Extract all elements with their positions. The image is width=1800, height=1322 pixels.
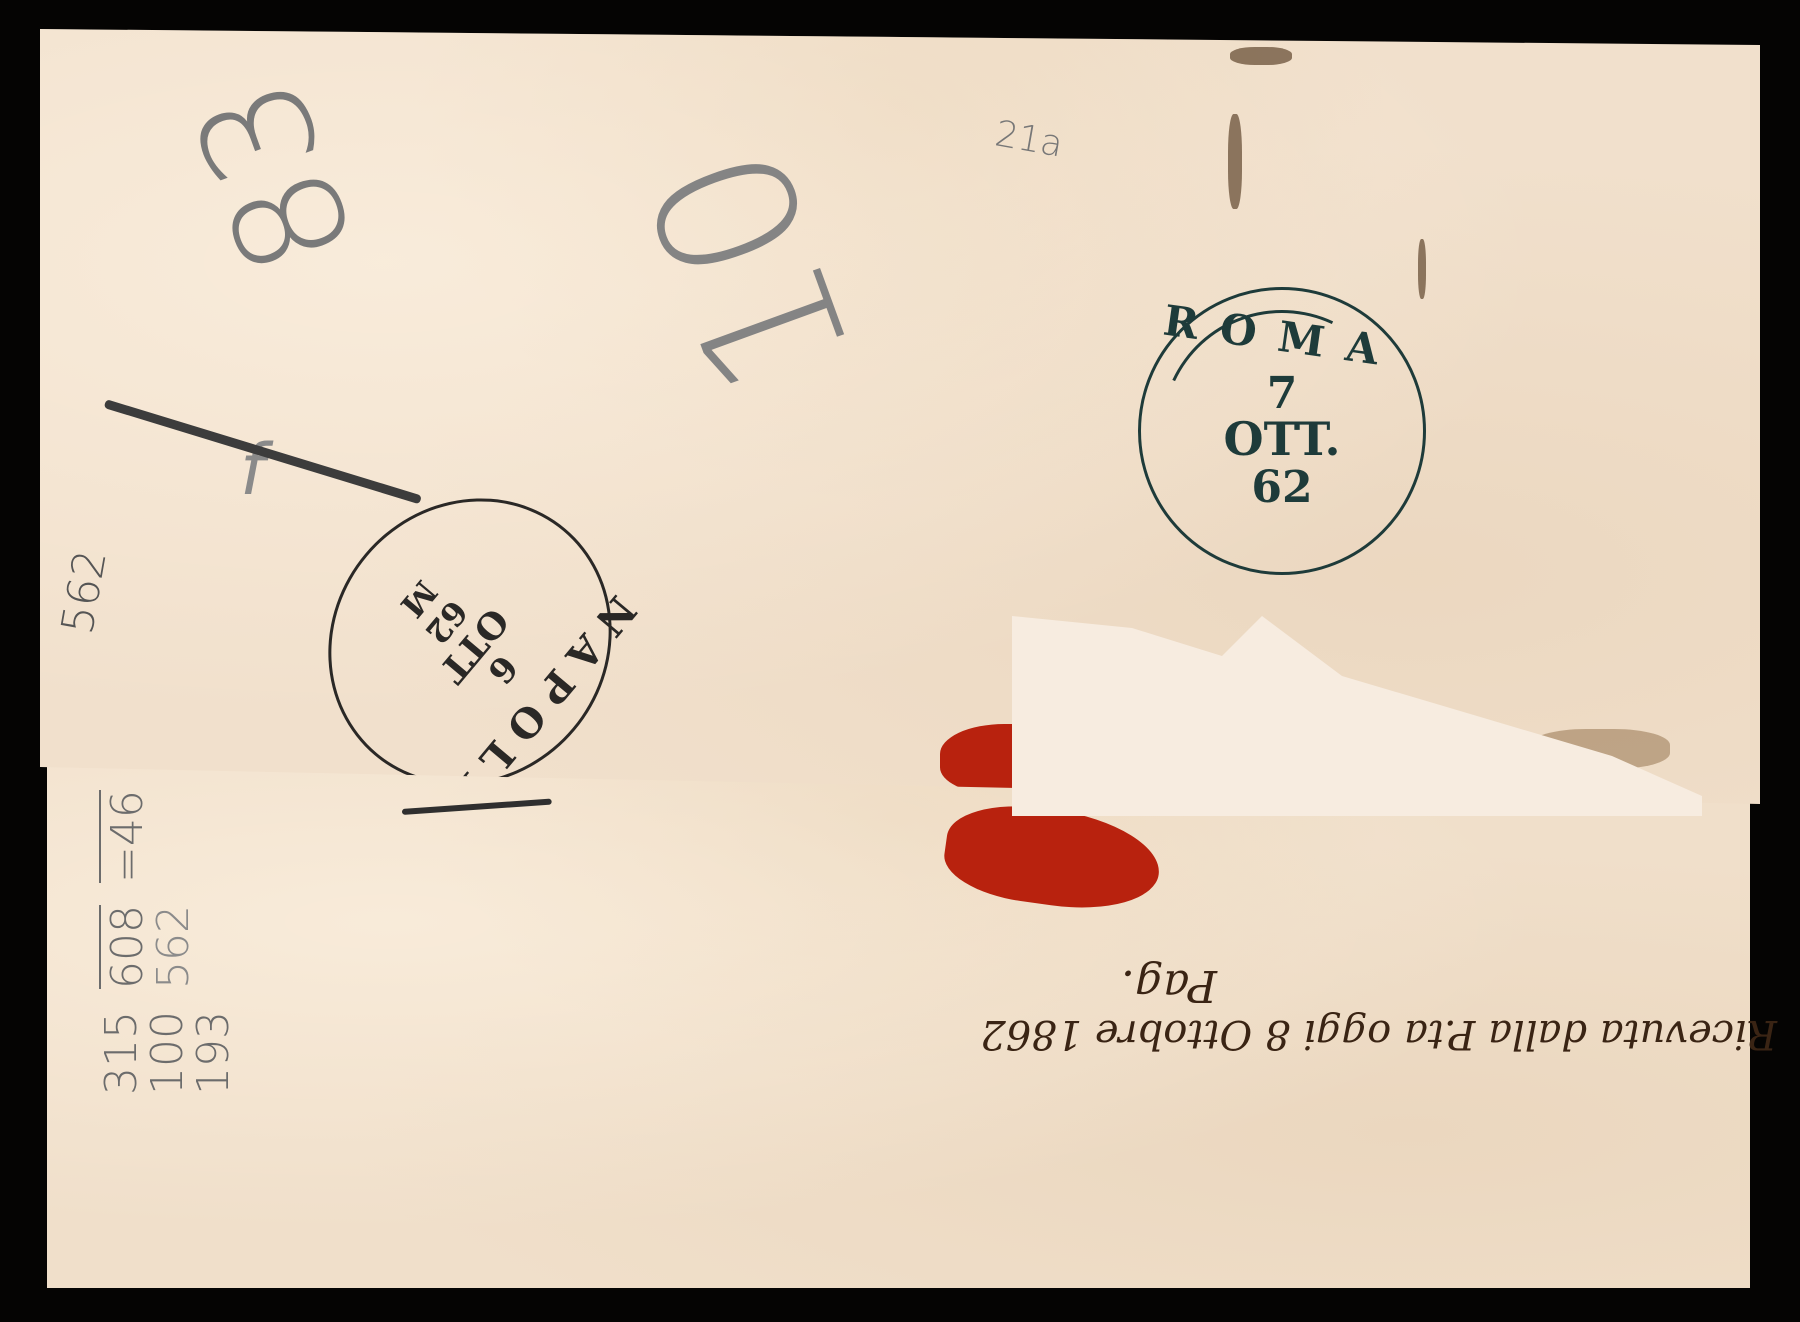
arith-value: 562 — [151, 905, 197, 989]
pencil-rate-83: 83 — [161, 57, 390, 296]
roma-year: 62 — [1141, 462, 1423, 513]
ink-stroke-2 — [1418, 239, 1426, 299]
arith-value: 315 — [99, 1011, 145, 1095]
arithmetic-column-2: 608 562 — [99, 905, 197, 989]
pencil-margin-562: 562 — [52, 546, 117, 638]
pencil-rate-10: 10 — [606, 118, 896, 421]
arith-value: 193 — [191, 1011, 237, 1095]
pencil-arithmetic: 315 100 193 608 562 =46 — [99, 790, 237, 1095]
pencil-reference-21a: 21a — [992, 113, 1066, 165]
ink-docket: Ricevuta dalla P.ta oggi 8 Ottobre 1862 … — [477, 960, 1777, 1057]
arith-result: =46 — [105, 790, 151, 883]
arithmetic-column-1: 315 100 193 — [99, 1011, 237, 1095]
roma-postmark: ROMA 7 OTT. 62 — [1138, 287, 1426, 575]
letter-upper-flap: 83 10 21a 562 f ROMA 7 OTT. 62 NAPOLI 6 … — [40, 29, 1760, 806]
letter-lower-panel: 315 100 193 608 562 =46 Ricevuta dalla P… — [47, 765, 1750, 1288]
pencil-underline — [402, 799, 552, 815]
docket-line-1: Ricevuta dalla P.ta oggi 8 Ottobre 1862 — [477, 1011, 1777, 1057]
arith-value: 608 — [105, 905, 151, 989]
docket-line-2: Pag. — [477, 960, 1217, 1011]
ink-stroke-1 — [1228, 114, 1242, 209]
ink-blot-top — [1230, 47, 1292, 65]
arithmetic-result: =46 — [99, 790, 151, 883]
roma-month: OTT. — [1141, 412, 1423, 466]
arith-value: 100 — [145, 1011, 191, 1095]
